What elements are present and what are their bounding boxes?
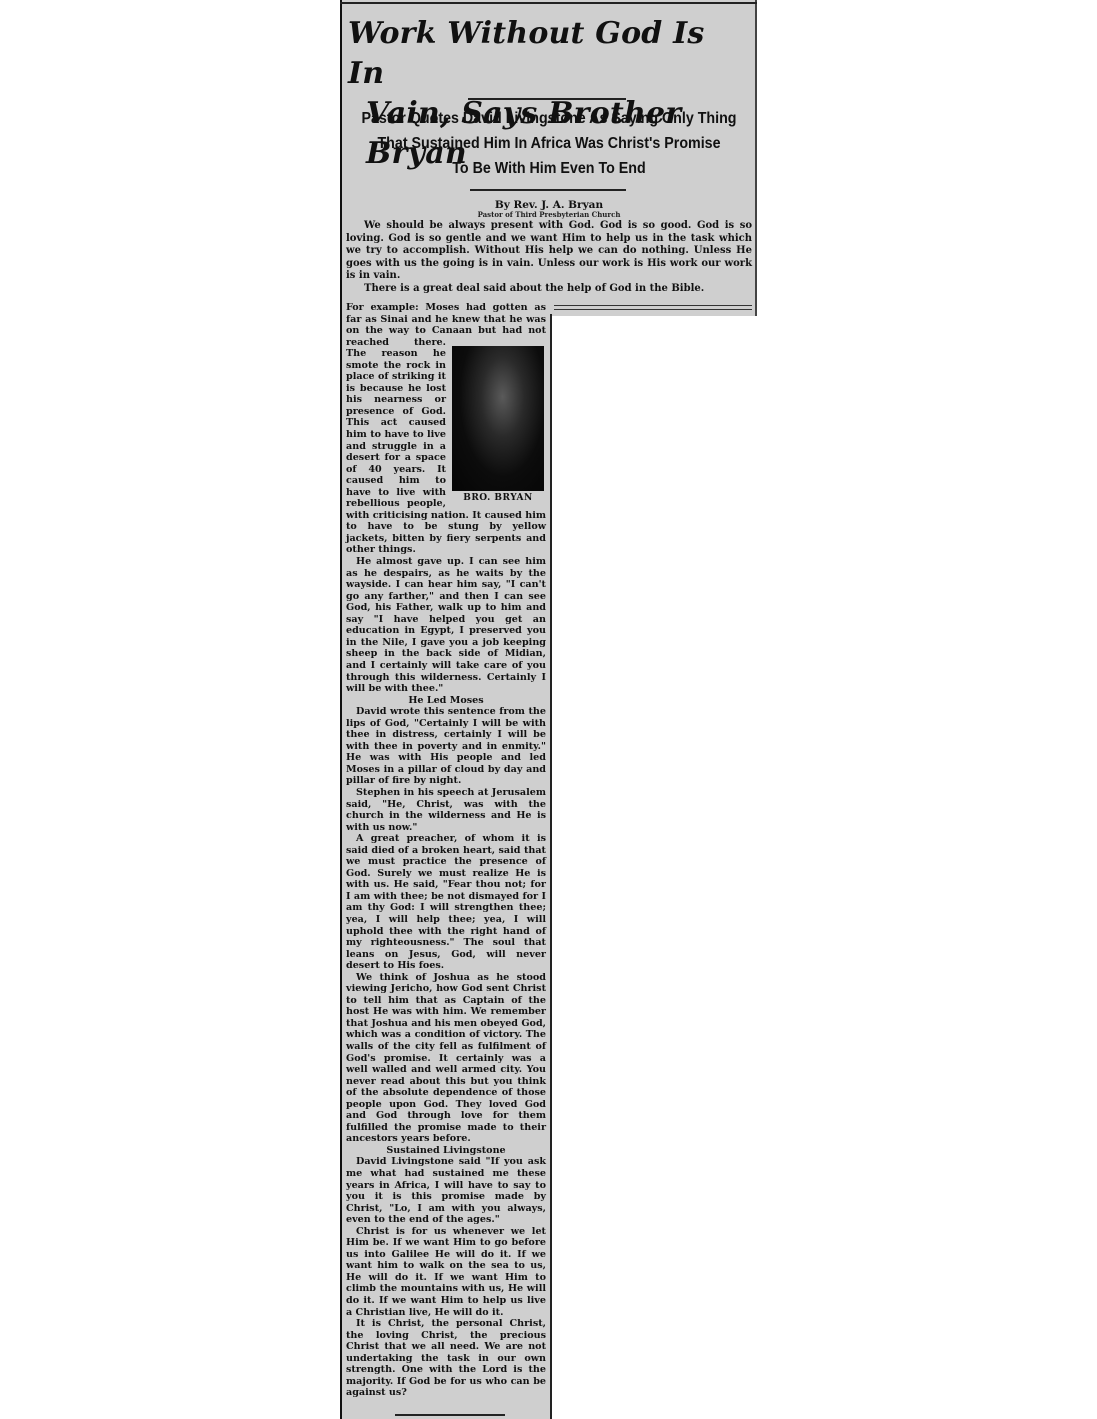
paragraph: Stephen in his speech at Jerusalem said,… bbox=[346, 787, 546, 833]
deck-divider bbox=[470, 189, 626, 191]
intro-text: We should be always present with God. Go… bbox=[346, 220, 752, 296]
paragraph: David wrote this sentence from the lips … bbox=[346, 706, 546, 787]
subhead-sustained-livingstone: Sustained Livingstone bbox=[346, 1145, 546, 1157]
deck-line-3: To Be With Him Even To End bbox=[360, 156, 737, 181]
portrait-photo bbox=[452, 346, 544, 491]
section-rule bbox=[554, 305, 752, 310]
top-rule bbox=[340, 2, 757, 4]
intro-paragraph: There is a great deal said about the hel… bbox=[346, 283, 752, 296]
portrait-figure: BRO. BRYAN bbox=[450, 344, 546, 506]
byline-title: Pastor of Third Presbyterian Church bbox=[344, 211, 754, 219]
intro-paragraph: We should be always present with God. Go… bbox=[346, 220, 752, 283]
end-rule bbox=[395, 1414, 505, 1416]
paragraph: It is Christ, the personal Christ, the l… bbox=[346, 1318, 546, 1399]
photo-caption: BRO. BRYAN bbox=[450, 492, 546, 504]
paragraph: He almost gave up. I can see him as he d… bbox=[346, 556, 546, 695]
paragraph: A great preacher, of whom it is said die… bbox=[346, 833, 546, 972]
headline-divider bbox=[468, 98, 626, 100]
headline-line-1: Work Without God Is In bbox=[346, 14, 751, 94]
paragraph: Christ is for us whenever we let Him be.… bbox=[346, 1226, 546, 1318]
paragraph: We think of Joshua as he stood viewing J… bbox=[346, 972, 546, 1145]
subhead-he-led-moses: He Led Moses bbox=[346, 695, 546, 707]
deck-line-2: That Sustained Him In Africa Was Christ'… bbox=[360, 131, 737, 156]
deck-subheadline: Pastor Quotes David Livingstone As Sayin… bbox=[360, 106, 737, 181]
article-column: BRO. BRYAN For example: Moses had gotten… bbox=[346, 302, 546, 1399]
paragraph: David Livingstone said "If you ask me wh… bbox=[346, 1156, 546, 1225]
deck-line-1: Pastor Quotes David Livingstone As Sayin… bbox=[360, 106, 737, 131]
